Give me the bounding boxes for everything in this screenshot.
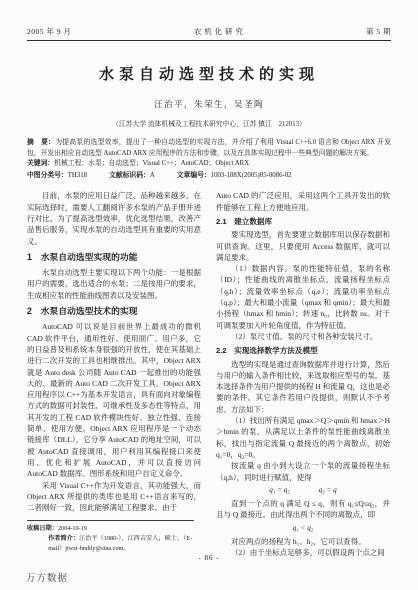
doc-code-pair: 文献标识码：A — [109, 171, 155, 182]
step-1-paragraph: （1）找出所有满足 qmax＞Q＞qmin 和 hmax＞H＞hmin 的泵，从… — [216, 415, 390, 460]
inequality-formula: q₁ < q₂ — [216, 523, 390, 534]
assignment-paragraph: 按流量 q 由小到大设立一个泵的流量扬程坐标（q,h），同时进行赋值，使得 — [216, 460, 390, 483]
article-id-label: 文章编号： — [177, 172, 211, 179]
watermark-text: 万方数据 — [26, 570, 68, 584]
section-2-2-heading: 2.2 实现选择数学方法及模型 — [216, 345, 390, 356]
section-2-paragraph-1: AutoCAD 可以说是目前世界上最成功的微机 CAD 软件平台，通用性好、使用… — [27, 321, 201, 479]
right-column: Auto CAD 的广泛应用，采用这两个工具开发出的软件能够在工程上方便地应用。… — [216, 190, 390, 558]
journal-name: 农 机 化 研 究 — [194, 26, 244, 37]
section-1-heading: 1 水泵自动选型实现的功能 — [27, 252, 201, 263]
clc-label: 中图分类号： — [27, 172, 68, 179]
article-title: 水泵自动选型技术的实现 — [0, 63, 418, 84]
clc-pair: 中图分类号：TH318 — [27, 171, 87, 182]
section-2-heading: 2 水泵自动选型技术的实现 — [27, 306, 201, 317]
selection-method-paragraph: 选型的实现是通过查询数据库并进行计算，然后与用户的输入条件相比较，来选取相应型号… — [216, 359, 390, 415]
received-date-value: 2004-10-19 — [58, 525, 87, 532]
doc-code-label: 文献标识码： — [109, 172, 150, 179]
section-2-paragraph-2: 采用 Visual C++作为开发语言，其功能强大，而 Object ARX 所… — [27, 480, 201, 514]
page-header: 2005 年 9 月 农 机 化 研 究 第 5 期 — [0, 0, 418, 37]
intro-paragraph: 目前，水泵的应用日益广泛，品种越来越多。在实际选择时，需要人工翻阅许多水泵的产品… — [27, 190, 201, 246]
header-date: 2005 年 9 月 — [27, 26, 71, 37]
pump-size-paragraph: （2）泵尺寸值。泵的尺寸和各种安装尺寸。 — [216, 331, 390, 342]
data-content-paragraph: （1）数据内容。泵的性能特征值，泵的名称（ID）；性能曲线的离散坐标点，流量扬程… — [216, 263, 390, 331]
database-paragraph: 要实现选型，首先要建立数据库用以保存数据和可供查询。这里，只要使用 Access… — [216, 229, 390, 263]
clc-value: TH318 — [68, 172, 87, 179]
received-date-line: 收稿日期：2004-10-19 — [27, 524, 194, 534]
author-affiliation: （江苏大学 流体机械及工程技术研究中心，江苏 镇江 212013） — [0, 118, 418, 128]
journal-page: 2005 年 9 月 农 机 化 研 究 第 5 期 水泵自动选型技术的实现 汪… — [0, 0, 418, 590]
abstract-text: 为提高泵的选型效率，提出了一种自动选型的实现方法，并介绍了利用 Visual C… — [27, 139, 391, 157]
keywords-label: 关键词： — [27, 160, 54, 167]
body-columns: 目前，水泵的应用日益广泛，品种越来越多。在实际选择时，需要人工翻阅许多水泵的产品… — [27, 190, 391, 558]
author-bio-line: 作者简介：汪治平（1980-），江西吉安人，硕士，（E-mail）jiwzi-b… — [27, 534, 194, 553]
abstract-paragraph: 摘 要：为提高泵的选型效率，提出了一种自动选型的实现方法，并介绍了利用 Visu… — [27, 138, 391, 159]
article-id-pair: 文章编号：1003-188X(2005)05-0086-02 — [177, 171, 292, 182]
abstract-block: 摘 要：为提高泵的选型效率，提出了一种自动选型的实现方法，并介绍了利用 Visu… — [27, 138, 391, 181]
section-1-paragraph: 水泵自动选型主要实现以下两个功能：一是根据用户的需要，选出适合的水泵；二是按用户… — [27, 267, 201, 301]
closest-point-paragraph: 直到一个点的 q 满足 Q ≤ q，则有 q₁≤Q≤q₂，并且与 Q 最接近。由… — [216, 498, 390, 521]
doc-code-value: A — [150, 172, 155, 179]
footnote-block: 收稿日期：2004-10-19 作者简介：汪治平（1980-），江西吉安人，硕士… — [27, 520, 194, 553]
continuation-paragraph: Auto CAD 的广泛应用，采用这两个工具开发出的软件能够在工程上方便地应用。 — [216, 190, 390, 213]
section-2-1-heading: 2.1 建立数据库 — [216, 216, 390, 227]
left-column: 目前，水泵的应用日益广泛，品种越来越多。在实际选择时，需要人工翻阅许多水泵的产品… — [27, 190, 201, 558]
header-rule — [27, 40, 391, 41]
keywords-line: 关键词：机械工程；水泵；自动选型；Visual C++；AutoCAD；Obje… — [27, 159, 391, 170]
assignment-formula: q₁ = q₂ q₂ = q — [216, 485, 390, 496]
keywords-text: 机械工程；水泵；自动选型；Visual C++；AutoCAD；Object A… — [54, 160, 249, 167]
classification-line: 中图分类号：TH318 文献标识码：A 文章编号：1003-188X(2005)… — [27, 171, 391, 182]
author-bio-label: 作者简介： — [48, 535, 79, 542]
received-date-label: 收稿日期： — [27, 525, 58, 532]
issue-number: 第 5 期 — [366, 26, 391, 37]
abstract-label: 摘 要： — [27, 139, 55, 146]
author-names: 汪治平，朱荣生，吴圣陶 — [0, 98, 418, 110]
article-id-value: 1003-188X(2005)05-0086-02 — [211, 172, 292, 179]
head-lookup-paragraph: 对应两点的扬程为 h₁、h₂，它可以查得。 — [216, 536, 390, 547]
page-number: - 86 - — [0, 554, 418, 562]
